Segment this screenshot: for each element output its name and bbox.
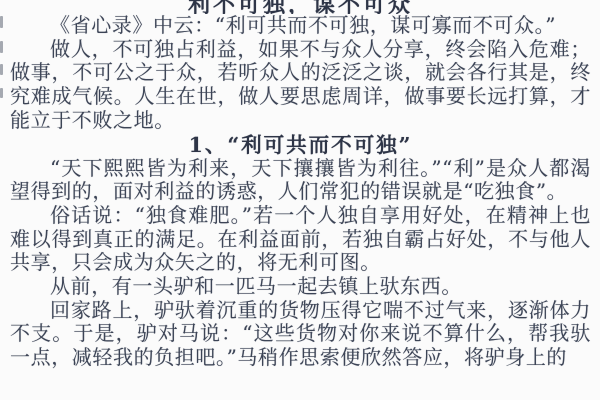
paragraph-section-1: “天下熙熙皆为利来，天下攘攘皆为利往。”“利”是众人都渴望得到的，面对利益的诱惑… (10, 157, 591, 204)
paragraph-story-intro: 从前，有一头驴和一匹马一起去镇上驮东西。 (10, 275, 591, 299)
section-heading: 1、“利可共而不可独” (10, 133, 591, 157)
scan-edge-artifact (0, 16, 3, 28)
paragraph-section-2: 俗话说：“独食难肥。”若一个人独自享用好处，在精神上也难以得到真正的满足。在利益… (10, 204, 591, 275)
paragraph-quote-source: 《省心录》中云：“利可共而不可独，谋可寡而不可众。” (10, 14, 591, 38)
paragraph-story-body: 回家路上，驴驮着沉重的货物压得它喘不过气来，逐渐体力不支。于是，驴对马说：“这些… (10, 299, 591, 370)
article-title: 利不可独，谋不可众 (10, 0, 591, 14)
scan-edge-artifact (0, 41, 3, 53)
scan-edge-artifact (0, 88, 3, 98)
document-page: 利不可独，谋不可众 《省心录》中云：“利可共而不可独，谋可寡而不可众。” 做人，… (0, 0, 600, 400)
paragraph-intro: 做人，不可独占利益，如果不与众人分享，终会陷入危难；做事，不可公之于众，若听众人… (10, 38, 591, 133)
article-body: 利不可独，谋不可众 《省心录》中云：“利可共而不可独，谋可寡而不可众。” 做人，… (0, 0, 600, 370)
scan-edge-artifact (0, 64, 3, 75)
article-title-text: 利不可独，谋不可众 (10, 0, 591, 14)
